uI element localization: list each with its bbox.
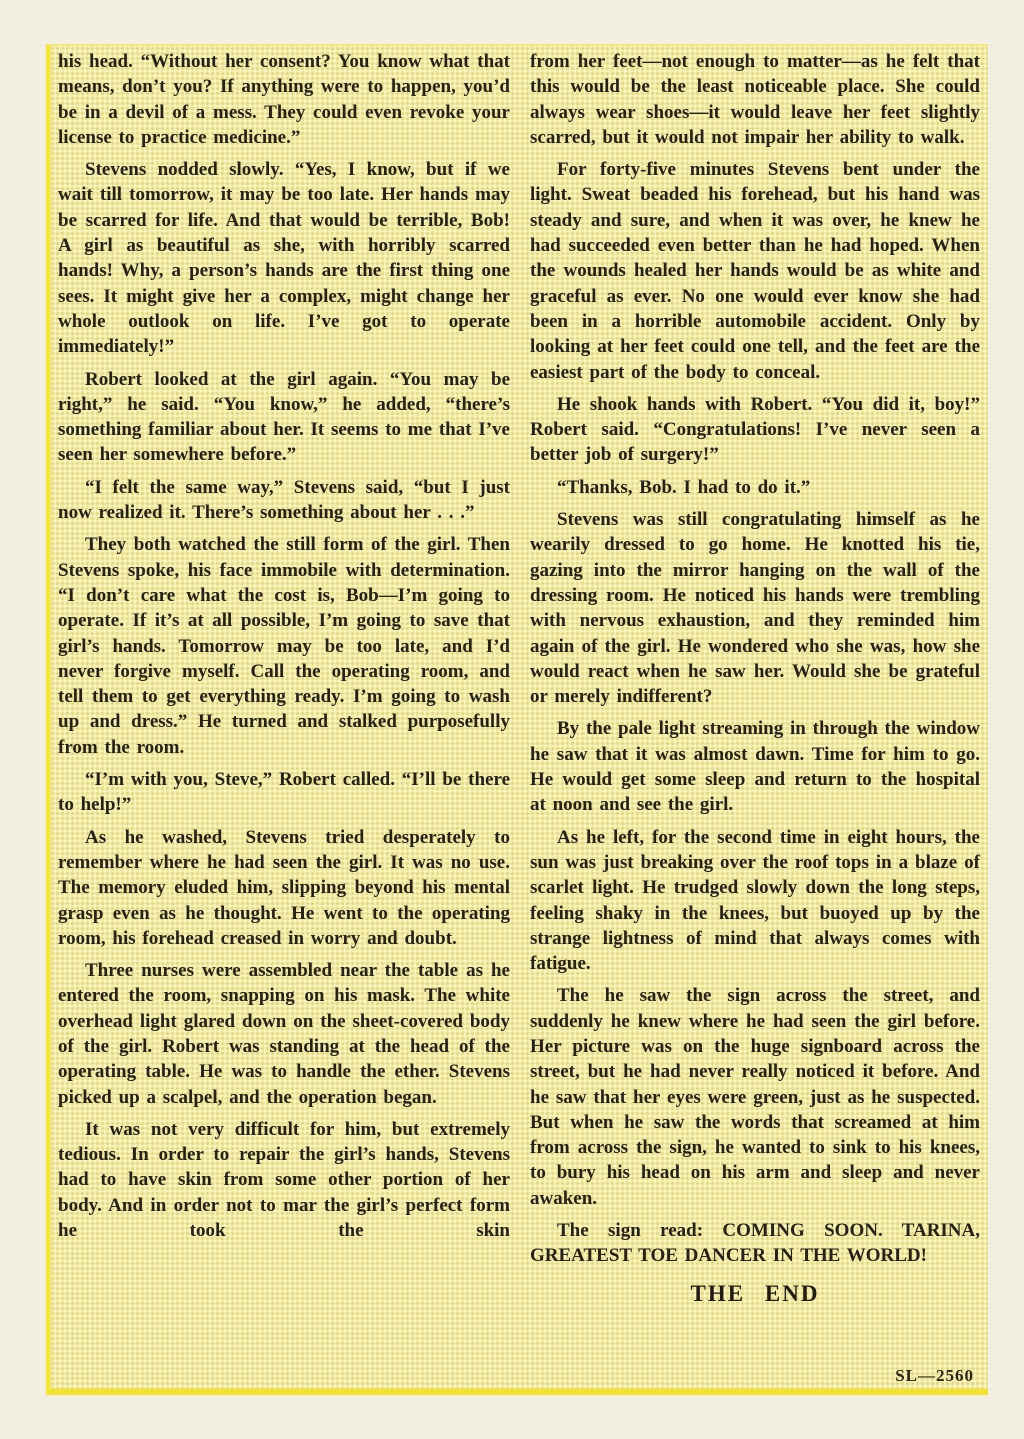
story-paragraph: his head. “Without her consent? You know… [58, 49, 510, 150]
right-column: from her feet—not enough to matter—as he… [530, 49, 980, 1385]
story-paragraph: Stevens was still congratulating himself… [530, 507, 980, 709]
story-paragraph: By the pale light streaming in through t… [530, 716, 980, 817]
sign-text-paragraph: The sign read: COMING SOON. TARINA, GREA… [530, 1218, 980, 1269]
story-text-block: his head. “Without her consent? You know… [46, 44, 988, 1395]
story-paragraph: Stevens nodded slowly. “Yes, I know, but… [58, 157, 510, 359]
the-end-label: THE END [530, 1281, 980, 1306]
left-column: his head. “Without her consent? You know… [58, 49, 510, 1385]
story-paragraph: He shook hands with Robert. “You did it,… [530, 392, 980, 468]
story-paragraph: It was not very difficult for him, but e… [58, 1117, 510, 1243]
story-paragraph: from her feet—not enough to matter—as he… [530, 49, 980, 150]
story-paragraph: For forty-five minutes Stevens bent unde… [530, 157, 980, 385]
story-paragraph: “Thanks, Bob. I had to do it.” [530, 475, 980, 500]
story-paragraph: As he left, for the second time in eight… [530, 825, 980, 977]
story-paragraph: “I felt the same way,” Stevens said, “bu… [58, 475, 510, 526]
story-paragraph: They both watched the still form of the … [58, 532, 510, 760]
story-paragraph: The he saw the sign across the street, a… [530, 983, 980, 1211]
story-paragraph: As he washed, Stevens tried desperately … [58, 825, 510, 951]
issue-code: SL—2560 [895, 1366, 974, 1386]
comic-text-page: his head. “Without her consent? You know… [0, 0, 1024, 1439]
story-paragraph: Three nurses were assembled near the tab… [58, 958, 510, 1110]
story-paragraph: Robert looked at the girl again. “You ma… [58, 367, 510, 468]
story-paragraph: “I’m with you, Steve,” Robert called. “I… [58, 767, 510, 818]
